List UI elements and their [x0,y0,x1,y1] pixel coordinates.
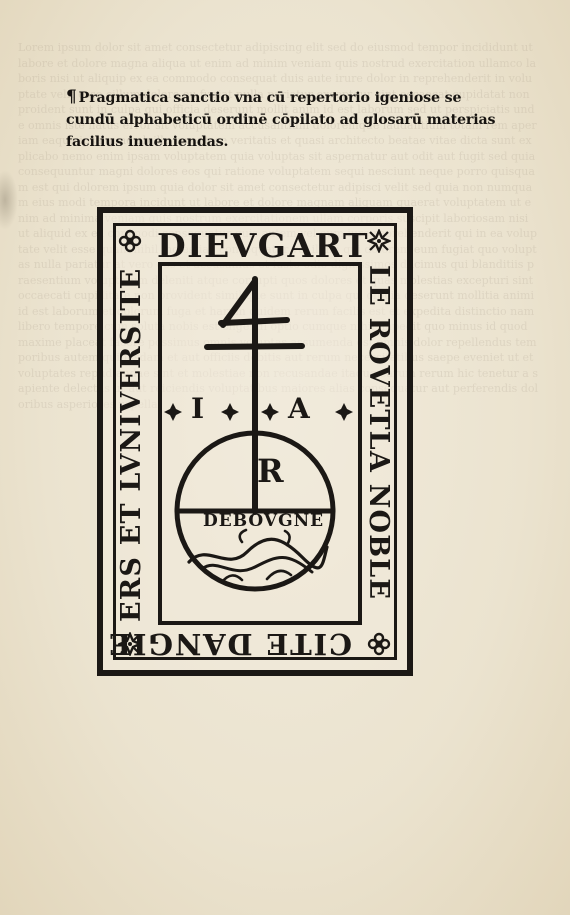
book-page: Lorem ipsum dolor sit amet consectetur a… [0,0,570,915]
title-line-1: ¶Pragmatica sanctio vna cū repertorio ig… [66,86,506,109]
pilcrow-mark: ¶ [66,87,77,107]
emblem-initial-right: A [288,392,310,425]
page-stain [0,170,18,230]
merchant-mark-icon [97,207,413,676]
orb-initial: R [257,452,284,490]
printers-device-woodcut: DIEVGART LE ROVETLA NOBLE CITE DANGIE ER… [97,207,413,676]
emblem-initial-left: I [191,392,204,425]
title-line-3: facilius inueniendas. [66,131,506,153]
title-line-2: cundū alphabeticū ordinē cōpilato ad glo… [66,109,506,131]
title-block: ¶Pragmatica sanctio vna cū repertorio ig… [66,86,506,153]
orb-text: DEBOVGNE [203,511,324,531]
